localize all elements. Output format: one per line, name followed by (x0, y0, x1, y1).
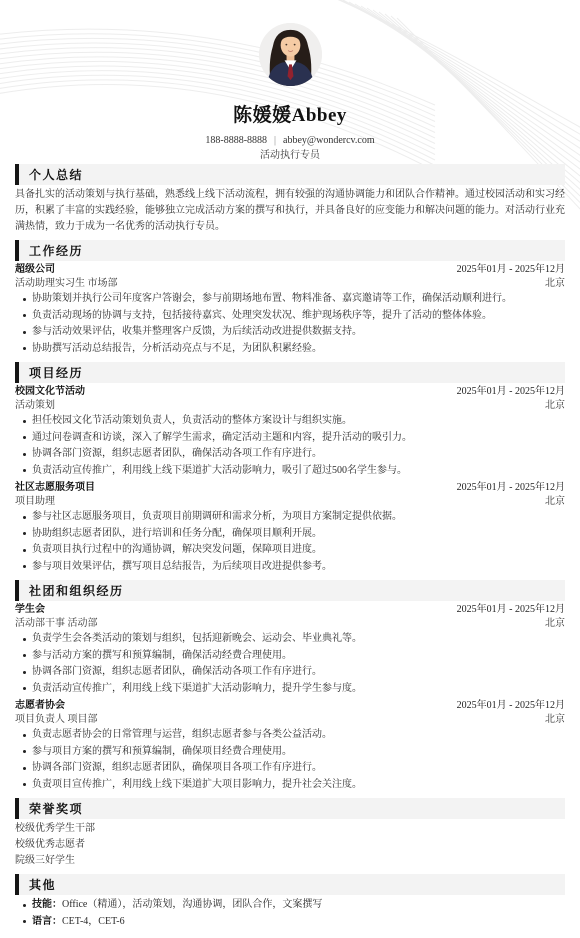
entry-organization: 社区志愿服务项目 (15, 481, 95, 495)
bullet-item: 协助撰写活动总结报告，分析活动亮点与不足，为团队积累经验。 (15, 341, 565, 358)
candidate-name: 陈媛媛Abbey (0, 104, 580, 128)
bullet-item: 协调各部门资源，组织志愿者团队，确保活动各项工作有序进行。 (15, 446, 565, 463)
entry-location: 北京 (545, 399, 565, 412)
experience-entry: 社区志愿服务项目 2025年01月 - 2025年12月 项目助理 北京 参与社… (15, 481, 565, 575)
avatar (259, 23, 322, 86)
entry-header-row: 社区志愿服务项目 2025年01月 - 2025年12月 (15, 481, 565, 495)
entry-location: 北京 (545, 495, 565, 508)
bullet-item: 负责志愿者协会的日常管理与运营，组织志愿者参与各类公益活动。 (15, 727, 565, 744)
entry-organization: 学生会 (15, 603, 45, 617)
entry-role: 活动部干事 活动部 (15, 617, 98, 630)
experience-entry: 校园文化节活动 2025年01月 - 2025年12月 活动策划 北京 担任校园… (15, 385, 565, 479)
section-title: 荣誉奖项 (15, 800, 83, 817)
item-text: Office（精通），活动策划，沟通协调，团队合作，文案撰写 (62, 899, 322, 910)
entry-organization: 志愿者协会 (15, 699, 65, 713)
section-body: 学生会 2025年01月 - 2025年12月 活动部干事 活动部 北京 负责学… (15, 603, 565, 793)
honor-item: 校级优秀学生干部 (15, 821, 565, 837)
section-body: 校园文化节活动 2025年01月 - 2025年12月 活动策划 北京 担任校园… (15, 385, 565, 575)
entry-role: 活动策划 (15, 399, 55, 412)
entry-subheader-row: 活动策划 北京 (15, 399, 565, 412)
entry-header-row: 校园文化节活动 2025年01月 - 2025年12月 (15, 385, 565, 399)
entry-role: 活动助理实习生 市场部 (15, 277, 118, 290)
entry-subheader-row: 项目助理 北京 (15, 495, 565, 508)
section-header-strip: 荣誉奖项 (15, 798, 565, 819)
entry-header-row: 超级公司 2025年01月 - 2025年12月 (15, 263, 565, 277)
email-address: abbey@wondercv.com (283, 135, 375, 146)
bullet-item: 负责活动现场的协调与支持，包括接待嘉宾、处理突发状况、维护现场秩序等，提升了活动… (15, 308, 565, 325)
entry-dates: 2025年01月 - 2025年12月 (457, 385, 565, 399)
bullet-item: 负责学生会各类活动的策划与组织，包括迎新晚会、运动会、毕业典礼等。 (15, 631, 565, 648)
item-label: 技能： (32, 899, 62, 910)
honor-item: 校级优秀志愿者 (15, 837, 565, 853)
section-title: 项目经历 (15, 364, 83, 381)
entry-dates: 2025年01月 - 2025年12月 (457, 603, 565, 617)
entry-bullet-list: 担任校园文化节活动策划负责人，负责活动的整体方案设计与组织实施。 通过问卷调查和… (15, 413, 565, 479)
section-honors: 荣誉奖项 校级优秀学生干部 校级优秀志愿者 院级三好学生 (15, 798, 565, 869)
experience-entry: 学生会 2025年01月 - 2025年12月 活动部干事 活动部 北京 负责学… (15, 603, 565, 697)
bullet-item: 参与项目效果评估，撰写项目总结报告，为后续项目改进提供参考。 (15, 559, 565, 576)
entry-role: 项目负责人 项目部 (15, 713, 98, 726)
section-body: 超级公司 2025年01月 - 2025年12月 活动助理实习生 市场部 北京 … (15, 263, 565, 357)
bullet-item: 负责活动宣传推广，利用线上线下渠道扩大活动影响力，提升学生参与度。 (15, 681, 565, 698)
section-header-strip: 社团和组织经历 (15, 580, 565, 601)
contact-separator: | (274, 135, 276, 146)
bullet-item: 参与项目方案的撰写和预算编制，确保项目经费合理使用。 (15, 744, 565, 761)
entry-dates: 2025年01月 - 2025年12月 (457, 699, 565, 713)
resume-page: 陈媛媛Abbey 188-8888-8888|abbey@wondercv.co… (0, 0, 580, 938)
section-title: 社团和组织经历 (15, 582, 124, 599)
section-accent-bar (15, 874, 19, 895)
experience-entry: 志愿者协会 2025年01月 - 2025年12月 项目负责人 项目部 北京 负… (15, 699, 565, 793)
section-header-strip: 个人总结 (15, 164, 565, 185)
section-accent-bar (15, 362, 19, 383)
phone-number: 188-8888-8888 (205, 135, 267, 146)
section-header-strip: 工作经历 (15, 240, 565, 261)
section-header-strip: 项目经历 (15, 362, 565, 383)
bullet-item: 负责项目执行过程中的沟通协调，解决突发问题，保障项目进度。 (15, 542, 565, 559)
entry-dates: 2025年01月 - 2025年12月 (457, 263, 565, 277)
bullet-item: 协调各部门资源，组织志愿者团队，确保项目各项工作有序进行。 (15, 760, 565, 777)
bullet-item: 协助策划并执行公司年度客户答谢会，参与前期场地布置、物料准备、嘉宾邀请等工作，确… (15, 291, 565, 308)
item-label: 语言： (32, 916, 62, 927)
section-title: 其他 (15, 876, 56, 893)
section-accent-bar (15, 164, 19, 185)
section-title: 工作经历 (15, 242, 83, 259)
entry-organization: 校园文化节活动 (15, 385, 85, 399)
job-title: 活动执行专员 (0, 149, 580, 162)
entry-role: 项目助理 (15, 495, 55, 508)
entry-subheader-row: 项目负责人 项目部 北京 (15, 713, 565, 726)
resume-header: 陈媛媛Abbey 188-8888-8888|abbey@wondercv.co… (0, 0, 580, 162)
profile-photo-illustration (259, 23, 322, 86)
entry-location: 北京 (545, 713, 565, 726)
bullet-item: 参与活动方案的撰写和预算编制，确保活动经费合理使用。 (15, 648, 565, 665)
labeled-item: 技能：Office（精通），活动策划，沟通协调，团队合作，文案撰写 (15, 897, 565, 914)
section-organizations: 社团和组织经历 学生会 2025年01月 - 2025年12月 活动部干事 活动… (15, 580, 565, 793)
resume-body: 个人总结 具备扎实的活动策划与执行基础，熟悉线上线下活动流程，拥有较强的沟通协调… (0, 164, 580, 930)
honor-item: 院级三好学生 (15, 853, 565, 869)
section-header-strip: 其他 (15, 874, 565, 895)
entry-bullet-list: 协助策划并执行公司年度客户答谢会，参与前期场地布置、物料准备、嘉宾邀请等工作，确… (15, 291, 565, 357)
experience-entry: 超级公司 2025年01月 - 2025年12月 活动助理实习生 市场部 北京 … (15, 263, 565, 357)
entry-bullet-list: 负责学生会各类活动的策划与组织，包括迎新晚会、运动会、毕业典礼等。 参与活动方案… (15, 631, 565, 697)
section-other: 其他 技能：Office（精通），活动策划，沟通协调，团队合作，文案撰写 语言：… (15, 874, 565, 930)
entry-header-row: 志愿者协会 2025年01月 - 2025年12月 (15, 699, 565, 713)
item-text: CET-4，CET-6 (62, 916, 125, 927)
entry-dates: 2025年01月 - 2025年12月 (457, 481, 565, 495)
labeled-item: 语言：CET-4，CET-6 (15, 914, 565, 931)
section-accent-bar (15, 580, 19, 601)
entry-location: 北京 (545, 617, 565, 630)
section-projects: 项目经历 校园文化节活动 2025年01月 - 2025年12月 活动策划 北京… (15, 362, 565, 575)
section-summary: 个人总结 具备扎实的活动策划与执行基础，熟悉线上线下活动流程，拥有较强的沟通协调… (15, 164, 565, 235)
bullet-item: 参与活动效果评估，收集并整理客户反馈，为后续活动改进提供数据支持。 (15, 324, 565, 341)
entry-bullet-list: 参与社区志愿服务项目，负责项目前期调研和需求分析，为项目方案制定提供依据。 协助… (15, 509, 565, 575)
section-accent-bar (15, 798, 19, 819)
bullet-item: 协助组织志愿者团队，进行培训和任务分配，确保项目顺利开展。 (15, 526, 565, 543)
entry-subheader-row: 活动助理实习生 市场部 北京 (15, 277, 565, 290)
section-accent-bar (15, 240, 19, 261)
section-work: 工作经历 超级公司 2025年01月 - 2025年12月 活动助理实习生 市场… (15, 240, 565, 357)
labeled-bullet-list: 技能：Office（精通），活动策划，沟通协调，团队合作，文案撰写 语言：CET… (15, 897, 565, 930)
bullet-item: 参与社区志愿服务项目，负责项目前期调研和需求分析，为项目方案制定提供依据。 (15, 509, 565, 526)
section-body: 技能：Office（精通），活动策划，沟通协调，团队合作，文案撰写 语言：CET… (15, 897, 565, 930)
section-title: 个人总结 (15, 166, 83, 183)
section-body: 校级优秀学生干部 校级优秀志愿者 院级三好学生 (15, 821, 565, 869)
bullet-item: 担任校园文化节活动策划负责人，负责活动的整体方案设计与组织实施。 (15, 413, 565, 430)
bullet-item: 负责活动宣传推广，利用线上线下渠道扩大活动影响力，吸引了超过500名学生参与。 (15, 463, 565, 480)
entry-subheader-row: 活动部干事 活动部 北京 (15, 617, 565, 630)
contact-line: 188-8888-8888|abbey@wondercv.com (0, 134, 580, 147)
entry-bullet-list: 负责志愿者协会的日常管理与运营，组织志愿者参与各类公益活动。 参与项目方案的撰写… (15, 727, 565, 793)
section-body: 具备扎实的活动策划与执行基础，熟悉线上线下活动流程，拥有较强的沟通协调能力和团队… (15, 187, 565, 235)
entry-header-row: 学生会 2025年01月 - 2025年12月 (15, 603, 565, 617)
entry-organization: 超级公司 (15, 263, 55, 277)
bullet-item: 协调各部门资源，组织志愿者团队，确保活动各项工作有序进行。 (15, 664, 565, 681)
bullet-item: 通过问卷调查和访谈，深入了解学生需求，确定活动主题和内容，提升活动的吸引力。 (15, 430, 565, 447)
bullet-item: 负责项目宣传推广，利用线上线下渠道扩大项目影响力，提升社会关注度。 (15, 777, 565, 794)
summary-text: 具备扎实的活动策划与执行基础，熟悉线上线下活动流程，拥有较强的沟通协调能力和团队… (15, 187, 565, 235)
entry-location: 北京 (545, 277, 565, 290)
